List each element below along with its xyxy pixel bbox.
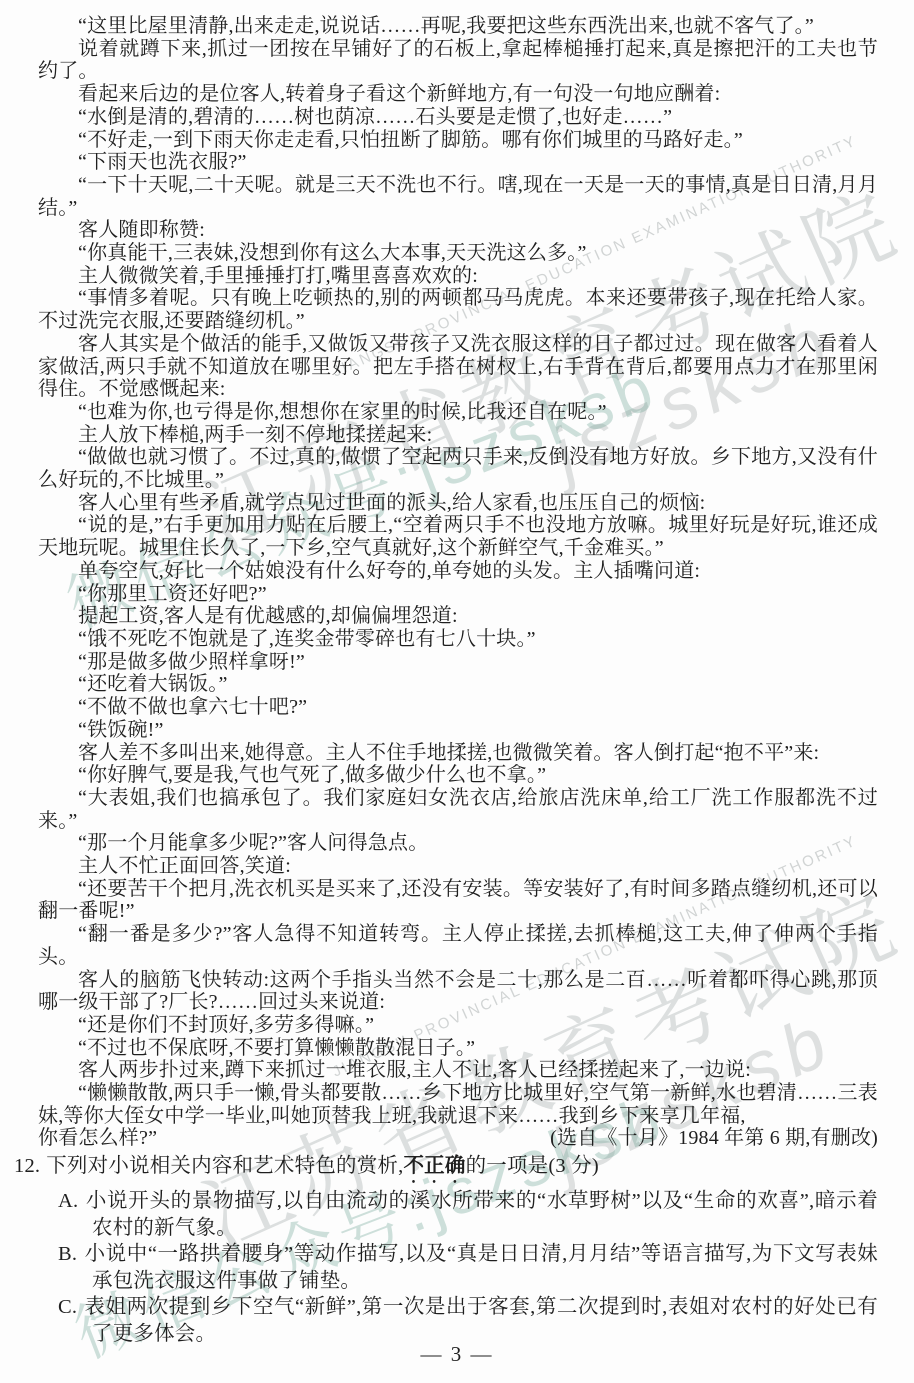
passage-paragraph: 客人其实是个做活的能手,又做饭又带孩子又洗衣服这样的日子都过过。现在做客人看着人…: [38, 333, 878, 401]
passage-paragraph: 提起工资,客人是有优越感的,却偏偏埋怨道:: [38, 605, 878, 628]
passage-paragraph: 客人两步扑过来,蹲下来抓过一堆衣服,主人不让,客人已经揉搓起来了,一边说:: [38, 1059, 878, 1082]
option-label: B.: [58, 1243, 77, 1265]
passage-paragraph: 主人放下棒槌,两手一刻不停地揉搓起来:: [38, 424, 878, 447]
options-list: A.小说开头的景物描写,以自由流动的溪水所带来的“水草野树”以及“生命的欢喜”,…: [38, 1188, 878, 1347]
passage-paragraph: “那一个月能拿多少呢?”客人问得急点。: [38, 832, 878, 855]
passage-paragraph: 主人不忙正面回答,笑道:: [38, 855, 878, 878]
passage-paragraph: “你那里工资还好吧?”: [38, 583, 878, 606]
question-stem-post: 的一项是(3 分): [466, 1155, 599, 1177]
passage-paragraph: 客人心里有些矛盾,就学点见过世面的派头,给人家看,也压压自己的烦恼:: [38, 492, 878, 515]
passage-paragraph: “那是做多做少照样拿呀!”: [38, 651, 878, 674]
exam-page: 江苏省教育考试院 JIANGSU PROVINCIAL EDUCATION EX…: [0, 0, 914, 1383]
option-label: C.: [58, 1296, 77, 1318]
passage-paragraph: 客人随即称赞:: [38, 219, 878, 242]
passage-paragraph: 主人微微笑着,手里捶捶打打,嘴里喜喜欢欢的:: [38, 265, 878, 288]
question-12: 12.下列对小说相关内容和艺术特色的赏析,不正确的一项是(3 分) A.小说开头…: [38, 1153, 878, 1347]
passage-paragraph: 单夸空气,好比一个姑娘没有什么好夸的,单夸她的头发。主人插嘴问道:: [38, 560, 878, 583]
passage-paragraph: “不做不做也拿六七十吧?”: [38, 696, 878, 719]
passage-paragraph: 看起来后边的是位客人,转着身子看这个新鲜地方,有一句没一句地应酬着:: [38, 83, 878, 106]
option-row: B.小说中“一路拱着腰身”等动作描写,以及“真是日日清,月月结”等语言描写,为下…: [58, 1241, 878, 1294]
option-row: A.小说开头的景物描写,以自由流动的溪水所带来的“水草野树”以及“生命的欢喜”,…: [58, 1188, 878, 1241]
passage-paragraph: “不过也不保底呀,不要打算懒懒散散混日子。”: [38, 1037, 878, 1060]
passage-paragraph: “水倒是清的,碧清的……树也荫凉……石头要是走惯了,也好走……”: [38, 106, 878, 129]
passage: “这里比屋里清静,出来走走,说说话……再呢,我要把这些东西洗出来,也就不客气了。…: [38, 15, 878, 1127]
option-text: 小说中“一路拱着腰身”等动作描写,以及“真是日日清,月月结”等语言描写,为下文写…: [84, 1243, 878, 1292]
page-footer: — 3 —: [0, 1342, 914, 1367]
passage-paragraph: “下雨天也洗衣服?”: [38, 151, 878, 174]
passage-paragraph: “铁饭碗!”: [38, 719, 878, 742]
passage-paragraph: “还是你们不封顶好,多劳多得嘛。”: [38, 1014, 878, 1037]
passage-paragraph: “事情多着呢。只有晚上吃顿热的,别的两顿都马马虎虎。本来还要带孩子,现在托给人家…: [38, 287, 878, 332]
passage-paragraph: “还要苦干个把月,洗衣机买是买来了,还没有安装。等安装好了,有时间多踏点缝纫机,…: [38, 878, 878, 923]
passage-paragraph: 客人差不多叫出来,她得意。主人不住手地揉搓,也微微笑着。客人倒打起“抱不平”来:: [38, 742, 878, 765]
passage-paragraph: “你真能干,三表妹,没想到你有这么大本事,天天洗这么多。”: [38, 242, 878, 265]
passage-paragraph: “翻一番是多少?”客人急得不知道转弯。主人停止揉搓,去抓棒槌,这工夫,伸了伸两个…: [38, 923, 878, 968]
page-number: — 3 —: [421, 1342, 494, 1366]
option-text: 小说开头的景物描写,以自由流动的溪水所带来的“水草野树”以及“生命的欢喜”,暗示…: [85, 1190, 878, 1239]
passage-paragraph: “这里比屋里清静,出来走走,说说话……再呢,我要把这些东西洗出来,也就不客气了。…: [38, 15, 878, 38]
passage-paragraph: “也难为你,也亏得是你,想想你在家里的时候,比我还自在呢。”: [38, 401, 878, 424]
option-row: C.表姐两次提到乡下空气“新鲜”,第一次是出于客套,第二次提到时,表姐对农村的好…: [58, 1294, 878, 1347]
passage-closing-line: 你看怎么样?”: [38, 1127, 157, 1150]
passage-closing-row: 你看怎么样?” (选自《十月》1984 年第 6 期,有删改): [38, 1127, 878, 1150]
passage-paragraph: “做做也就习惯了。不过,真的,做惯了空起两只手来,反倒没有地方好放。乡下地方,又…: [38, 446, 878, 491]
source-attribution: (选自《十月》1984 年第 6 期,有删改): [550, 1127, 878, 1150]
passage-paragraph: “说的是,”右手更加用力贴在后腰上,“空着两只手不也没地方放嘛。城里好玩是好玩,…: [38, 514, 878, 559]
passage-paragraph: 客人的脑筋飞快转动:这两个手指头当然不会是二十,那么是二百……听着都吓得心跳,那…: [38, 969, 878, 1014]
passage-paragraph: “你好脾气,要是我,气也气死了,做多做少什么也不拿。”: [38, 764, 878, 787]
passage-paragraph: “饿不死吃不饱就是了,连奖金带零碎也有七八十块。”: [38, 628, 878, 651]
question-number: 12.: [14, 1155, 40, 1177]
option-text: 表姐两次提到乡下空气“新鲜”,第一次是出于客套,第二次提到时,表姐对农村的好处已…: [84, 1296, 878, 1345]
page-content: “这里比屋里清静,出来走走,说说话……再呢,我要把这些东西洗出来,也就不客气了。…: [0, 0, 914, 1383]
passage-paragraph: “大表姐,我们也搞承包了。我们家庭妇女洗衣店,给旅店洗床单,给工厂洗工作服都洗不…: [38, 787, 878, 832]
option-label: A.: [58, 1190, 78, 1212]
passage-paragraph: 说着就蹲下来,抓过一团按在早铺好了的石板上,拿起棒槌捶打起来,真是擦把汗的工夫也…: [38, 38, 878, 83]
passage-paragraph: “懒懒散散,两只手一懒,骨头都要散……乡下地方比城里好,空气第一新鲜,水也碧清……: [38, 1082, 878, 1127]
passage-paragraph: “不好走,一到下雨天你走走看,只怕扭断了脚筋。哪有你们城里的马路好走。”: [38, 129, 878, 152]
question-stem: 12.下列对小说相关内容和艺术特色的赏析,不正确的一项是(3 分): [14, 1153, 878, 1188]
passage-paragraph: “一下十天呢,二十天呢。就是三天不洗也不行。嗐,现在一天是一天的事情,真是日日清…: [38, 174, 878, 219]
question-stem-pre: 下列对小说相关内容和艺术特色的赏析,: [46, 1155, 403, 1177]
passage-paragraph: “还吃着大锅饭。”: [38, 673, 878, 696]
question-stem-emphasis: 不正确: [403, 1155, 465, 1177]
